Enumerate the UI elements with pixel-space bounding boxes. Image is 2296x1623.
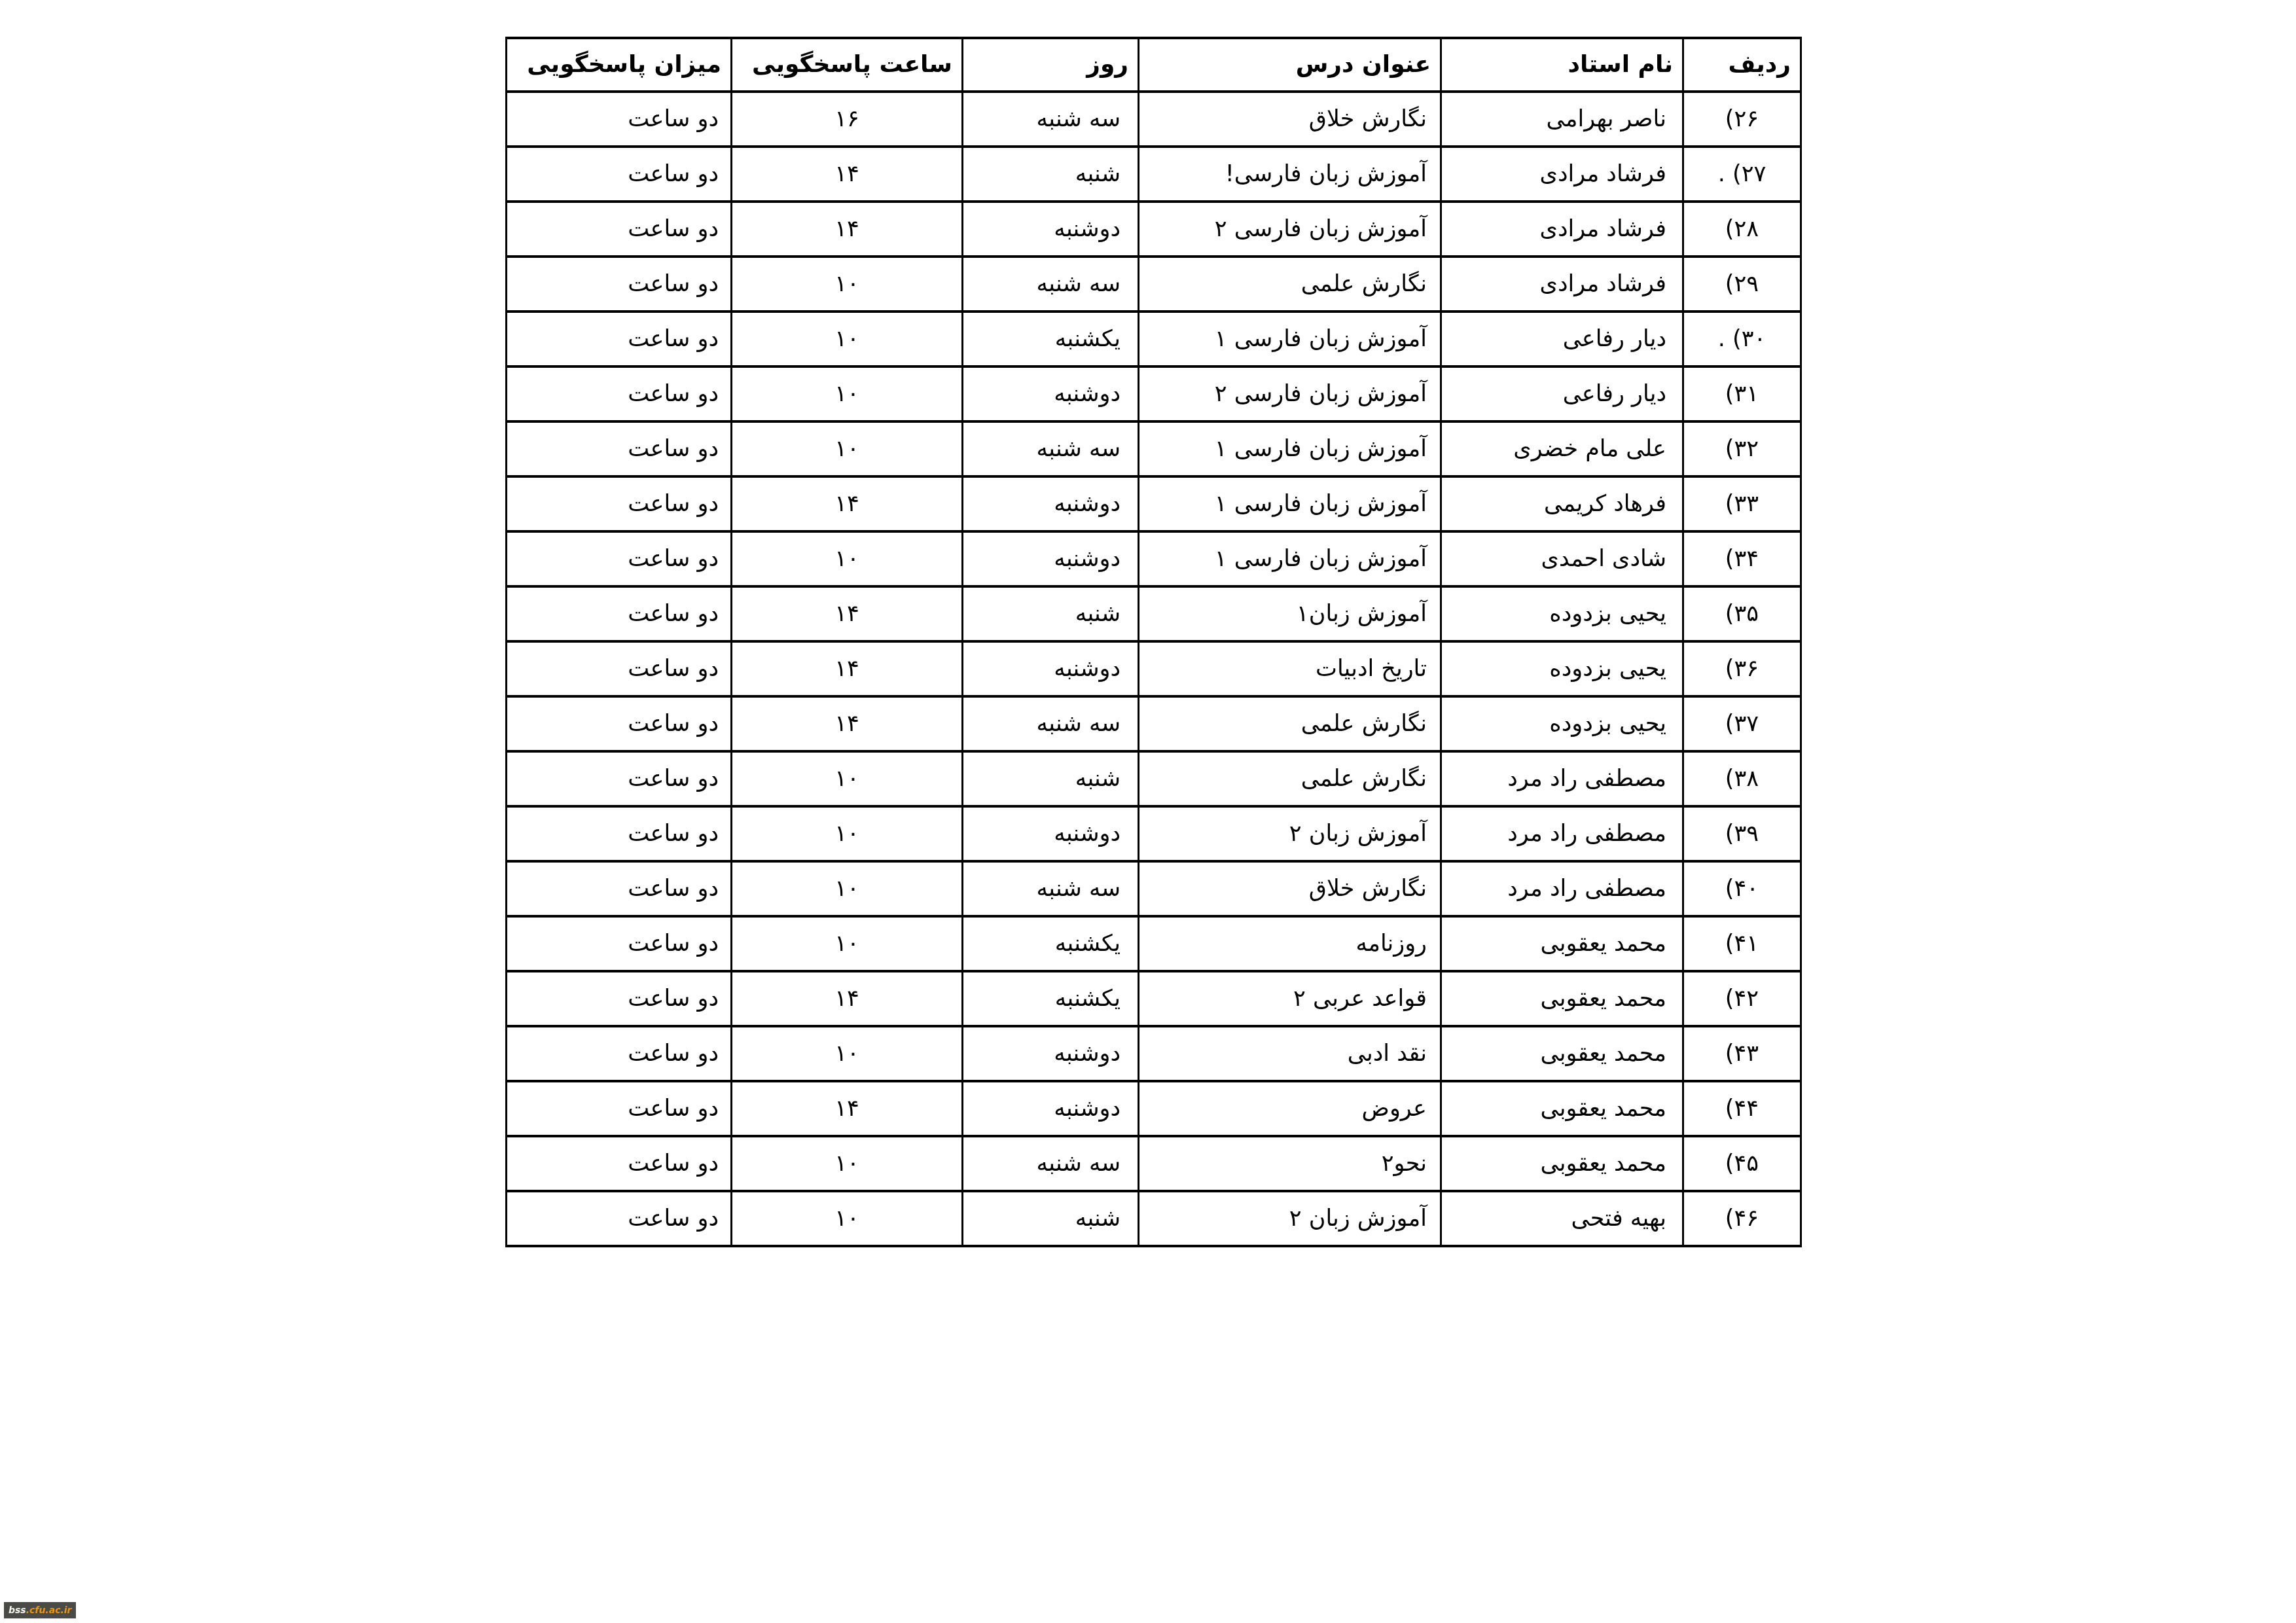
cell-teacher-name: محمد یعقوبی [1441, 971, 1683, 1026]
cell-teacher-name: مصطفی راد مرد [1441, 751, 1683, 806]
cell-teacher-name: ناصر بهرامی [1441, 92, 1683, 147]
header-row-number: ردیف [1683, 38, 1801, 92]
cell-course-title: عروض [1139, 1081, 1441, 1136]
cell-day: یکشنبه [963, 971, 1139, 1026]
cell-day: یکشنبه [963, 916, 1139, 971]
header-course-title: عنوان درس [1139, 38, 1441, 92]
cell-answer-hour: ۱۰ [732, 421, 963, 476]
cell-day: شنبه [963, 147, 1139, 202]
schedule-table-body: ۲۶) ناصر بهرامی نگارش خلاق سه شنبه ۱۶ دو… [507, 92, 1801, 1246]
cell-day: دوشنبه [963, 1026, 1139, 1081]
header-answer-duration: میزان پاسخگویی [507, 38, 732, 92]
cell-course-title: نگارش علمی [1139, 751, 1441, 806]
cell-answer-duration: دو ساعت [507, 421, 732, 476]
cell-answer-hour: ۱۴ [732, 586, 963, 641]
cell-row-number: ۳۳) [1683, 476, 1801, 531]
schedule-table-container: ردیف نام استاد عنوان درس روز ساعت پاسخگو… [505, 37, 1802, 1247]
watermark-badge: bss.cfu.ac.ir [4, 1602, 76, 1618]
cell-answer-hour: ۱۶ [732, 92, 963, 147]
cell-answer-hour: ۱۴ [732, 1081, 963, 1136]
cell-day: دوشنبه [963, 641, 1139, 696]
cell-row-number: ۳۴) [1683, 531, 1801, 586]
table-row: ۳۰) . دیار رفاعی آموزش زبان فارسی ۱ یکشن… [507, 312, 1801, 366]
cell-answer-duration: دو ساعت [507, 1026, 732, 1081]
cell-course-title: روزنامه [1139, 916, 1441, 971]
header-teacher-name: نام استاد [1441, 38, 1683, 92]
cell-answer-hour: ۱۰ [732, 1191, 963, 1246]
cell-day: دوشنبه [963, 476, 1139, 531]
cell-teacher-name: محمد یعقوبی [1441, 1081, 1683, 1136]
cell-course-title: نگارش خلاق [1139, 861, 1441, 916]
cell-teacher-name: محمد یعقوبی [1441, 1136, 1683, 1191]
cell-answer-duration: دو ساعت [507, 312, 732, 366]
cell-teacher-name: محمد یعقوبی [1441, 916, 1683, 971]
cell-answer-hour: ۱۴ [732, 147, 963, 202]
header-row: ردیف نام استاد عنوان درس روز ساعت پاسخگو… [507, 38, 1801, 92]
cell-teacher-name: دیار رفاعی [1441, 312, 1683, 366]
cell-answer-hour: ۱۰ [732, 916, 963, 971]
cell-answer-hour: ۱۰ [732, 257, 963, 312]
cell-teacher-name: مصطفی راد مرد [1441, 861, 1683, 916]
table-row: ۳۷) یحیی بزدوده نگارش علمی سه شنبه ۱۴ دو… [507, 696, 1801, 751]
cell-course-title: آموزش زبان فارسی ۱ [1139, 312, 1441, 366]
table-row: ۲۹) فرشاد مرادی نگارش علمی سه شنبه ۱۰ دو… [507, 257, 1801, 312]
watermark-text-secondary: .cfu.ac.ir [26, 1605, 72, 1616]
cell-answer-duration: دو ساعت [507, 806, 732, 861]
cell-answer-hour: ۱۰ [732, 806, 963, 861]
cell-course-title: نگارش علمی [1139, 696, 1441, 751]
cell-day: سه شنبه [963, 861, 1139, 916]
cell-teacher-name: یحیی بزدوده [1441, 586, 1683, 641]
cell-teacher-name: یحیی بزدوده [1441, 696, 1683, 751]
cell-row-number: ۲۹) [1683, 257, 1801, 312]
cell-day: دوشنبه [963, 366, 1139, 421]
cell-day: شنبه [963, 751, 1139, 806]
table-row: ۲۶) ناصر بهرامی نگارش خلاق سه شنبه ۱۶ دو… [507, 92, 1801, 147]
table-row: ۴۵) محمد یعقوبی نحو۲ سه شنبه ۱۰ دو ساعت [507, 1136, 1801, 1191]
cell-row-number: ۴۴) [1683, 1081, 1801, 1136]
cell-answer-duration: دو ساعت [507, 641, 732, 696]
cell-answer-hour: ۱۴ [732, 476, 963, 531]
cell-row-number: ۳۱) [1683, 366, 1801, 421]
cell-row-number: ۳۶) [1683, 641, 1801, 696]
cell-row-number: ۴۵) [1683, 1136, 1801, 1191]
cell-teacher-name: یحیی بزدوده [1441, 641, 1683, 696]
cell-answer-duration: دو ساعت [507, 751, 732, 806]
cell-course-title: نگارش علمی [1139, 257, 1441, 312]
cell-course-title: آموزش زبان فارسی ۱ [1139, 476, 1441, 531]
cell-course-title: نقد ادبی [1139, 1026, 1441, 1081]
cell-answer-hour: ۱۴ [732, 202, 963, 257]
cell-row-number: ۲۷) . [1683, 147, 1801, 202]
cell-answer-duration: دو ساعت [507, 531, 732, 586]
cell-course-title: نگارش خلاق [1139, 92, 1441, 147]
cell-day: سه شنبه [963, 92, 1139, 147]
schedule-table-header: ردیف نام استاد عنوان درس روز ساعت پاسخگو… [507, 38, 1801, 92]
cell-course-title: آموزش زبان فارسی ۲ [1139, 202, 1441, 257]
cell-course-title: قواعد عربی ۲ [1139, 971, 1441, 1026]
cell-answer-hour: ۱۰ [732, 861, 963, 916]
cell-answer-hour: ۱۰ [732, 1136, 963, 1191]
cell-row-number: ۴۶) [1683, 1191, 1801, 1246]
cell-answer-duration: دو ساعت [507, 916, 732, 971]
cell-row-number: ۲۶) [1683, 92, 1801, 147]
table-row: ۴۲) محمد یعقوبی قواعد عربی ۲ یکشنبه ۱۴ د… [507, 971, 1801, 1026]
cell-row-number: ۴۲) [1683, 971, 1801, 1026]
cell-row-number: ۴۱) [1683, 916, 1801, 971]
cell-answer-hour: ۱۴ [732, 696, 963, 751]
cell-answer-duration: دو ساعت [507, 147, 732, 202]
cell-day: شنبه [963, 1191, 1139, 1246]
cell-row-number: ۲۸) [1683, 202, 1801, 257]
cell-answer-duration: دو ساعت [507, 1081, 732, 1136]
cell-answer-hour: ۱۴ [732, 641, 963, 696]
cell-row-number: ۳۹) [1683, 806, 1801, 861]
cell-day: سه شنبه [963, 257, 1139, 312]
cell-day: دوشنبه [963, 531, 1139, 586]
cell-course-title: آموزش زبان ۲ [1139, 806, 1441, 861]
cell-answer-duration: دو ساعت [507, 861, 732, 916]
cell-course-title: آموزش زبان فارسی ۲ [1139, 366, 1441, 421]
cell-teacher-name: دیار رفاعی [1441, 366, 1683, 421]
table-row: ۴۶) بهیه فتحی آموزش زبان ۲ شنبه ۱۰ دو سا… [507, 1191, 1801, 1246]
cell-row-number: ۳۲) [1683, 421, 1801, 476]
cell-day: دوشنبه [963, 1081, 1139, 1136]
cell-course-title: آموزش زبان۱ [1139, 586, 1441, 641]
cell-answer-duration: دو ساعت [507, 971, 732, 1026]
cell-answer-duration: دو ساعت [507, 366, 732, 421]
table-row: ۴۴) محمد یعقوبی عروض دوشنبه ۱۴ دو ساعت [507, 1081, 1801, 1136]
cell-teacher-name: مصطفی راد مرد [1441, 806, 1683, 861]
cell-row-number: ۳۵) [1683, 586, 1801, 641]
cell-course-title: آموزش زبان فارسی! [1139, 147, 1441, 202]
cell-answer-duration: دو ساعت [507, 1136, 732, 1191]
cell-teacher-name: محمد یعقوبی [1441, 1026, 1683, 1081]
cell-teacher-name: فرشاد مرادی [1441, 257, 1683, 312]
cell-row-number: ۳۷) [1683, 696, 1801, 751]
watermark-text-primary: bss [9, 1605, 26, 1616]
cell-day: دوشنبه [963, 806, 1139, 861]
cell-answer-duration: دو ساعت [507, 586, 732, 641]
cell-course-title: آموزش زبان ۲ [1139, 1191, 1441, 1246]
cell-teacher-name: علی مام خضری [1441, 421, 1683, 476]
table-row: ۳۲) علی مام خضری آموزش زبان فارسی ۱ سه ش… [507, 421, 1801, 476]
table-row: ۴۳) محمد یعقوبی نقد ادبی دوشنبه ۱۰ دو سا… [507, 1026, 1801, 1081]
cell-course-title: نحو۲ [1139, 1136, 1441, 1191]
cell-answer-duration: دو ساعت [507, 476, 732, 531]
cell-day: یکشنبه [963, 312, 1139, 366]
header-day: روز [963, 38, 1139, 92]
cell-teacher-name: فرهاد کریمی [1441, 476, 1683, 531]
cell-answer-duration: دو ساعت [507, 92, 732, 147]
table-row: ۲۸) فرشاد مرادی آموزش زبان فارسی ۲ دوشنب… [507, 202, 1801, 257]
cell-answer-hour: ۱۰ [732, 751, 963, 806]
page: { "table": { "headers": ["ردیف", "نام اس… [0, 0, 2296, 1623]
cell-row-number: ۳۸) [1683, 751, 1801, 806]
cell-row-number: ۴۰) [1683, 861, 1801, 916]
cell-teacher-name: فرشاد مرادی [1441, 202, 1683, 257]
table-row: ۳۵) یحیی بزدوده آموزش زبان۱ شنبه ۱۴ دو س… [507, 586, 1801, 641]
table-row: ۳۴) شادی احمدی آموزش زبان فارسی ۱ دوشنبه… [507, 531, 1801, 586]
table-row: ۴۱) محمد یعقوبی روزنامه یکشنبه ۱۰ دو ساع… [507, 916, 1801, 971]
cell-answer-hour: ۱۰ [732, 366, 963, 421]
table-row: ۳۱) دیار رفاعی آموزش زبان فارسی ۲ دوشنبه… [507, 366, 1801, 421]
header-answer-hour: ساعت پاسخگویی [732, 38, 963, 92]
cell-teacher-name: فرشاد مرادی [1441, 147, 1683, 202]
cell-answer-hour: ۱۰ [732, 531, 963, 586]
cell-course-title: آموزش زبان فارسی ۱ [1139, 421, 1441, 476]
cell-answer-hour: ۱۴ [732, 971, 963, 1026]
cell-day: سه شنبه [963, 696, 1139, 751]
cell-course-title: آموزش زبان فارسی ۱ [1139, 531, 1441, 586]
cell-answer-hour: ۱۰ [732, 1026, 963, 1081]
table-row: ۳۹) مصطفی راد مرد آموزش زبان ۲ دوشنبه ۱۰… [507, 806, 1801, 861]
cell-row-number: ۴۳) [1683, 1026, 1801, 1081]
table-row: ۳۸) مصطفی راد مرد نگارش علمی شنبه ۱۰ دو … [507, 751, 1801, 806]
cell-teacher-name: بهیه فتحی [1441, 1191, 1683, 1246]
cell-answer-duration: دو ساعت [507, 257, 732, 312]
cell-answer-duration: دو ساعت [507, 202, 732, 257]
cell-answer-duration: دو ساعت [507, 1191, 732, 1246]
cell-day: شنبه [963, 586, 1139, 641]
cell-teacher-name: شادی احمدی [1441, 531, 1683, 586]
cell-answer-duration: دو ساعت [507, 696, 732, 751]
table-row: ۳۶) یحیی بزدوده تاریخ ادبیات دوشنبه ۱۴ د… [507, 641, 1801, 696]
table-row: ۴۰) مصطفی راد مرد نگارش خلاق سه شنبه ۱۰ … [507, 861, 1801, 916]
cell-day: سه شنبه [963, 1136, 1139, 1191]
table-row: ۳۳) فرهاد کریمی آموزش زبان فارسی ۱ دوشنب… [507, 476, 1801, 531]
cell-day: دوشنبه [963, 202, 1139, 257]
cell-course-title: تاریخ ادبیات [1139, 641, 1441, 696]
cell-row-number: ۳۰) . [1683, 312, 1801, 366]
schedule-table: ردیف نام استاد عنوان درس روز ساعت پاسخگو… [505, 37, 1802, 1247]
cell-answer-hour: ۱۰ [732, 312, 963, 366]
table-row: ۲۷) . فرشاد مرادی آموزش زبان فارسی! شنبه… [507, 147, 1801, 202]
cell-day: سه شنبه [963, 421, 1139, 476]
